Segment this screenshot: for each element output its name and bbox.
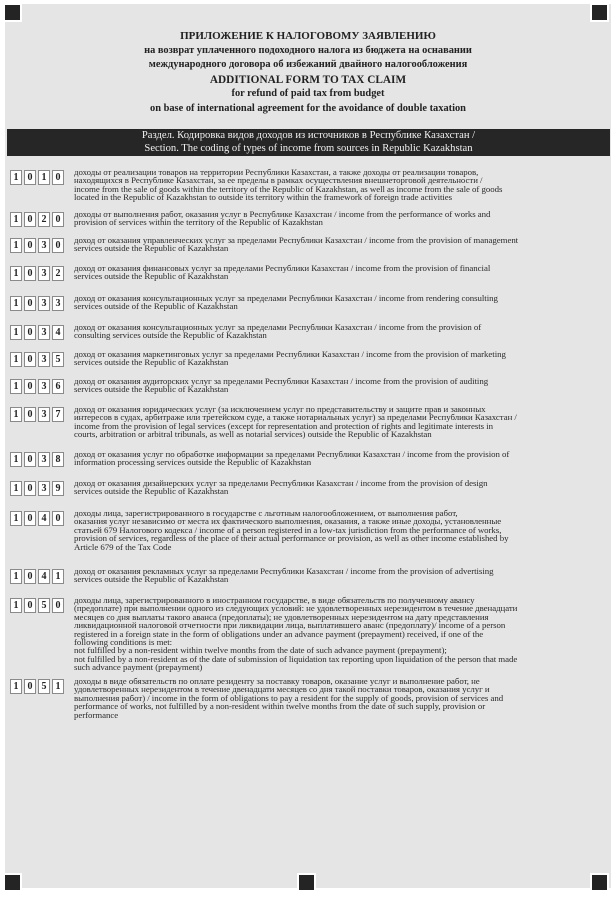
income-code-row: 1 0 2 0 доходы от выполнения работ, оказ…: [10, 210, 610, 227]
code-digit-box[interactable]: 3: [38, 379, 50, 394]
code-boxes: 1 0 3 9: [10, 481, 74, 496]
code-digit-box[interactable]: 4: [52, 325, 64, 340]
code-boxes: 1 0 3 2: [10, 266, 74, 281]
code-digit-box[interactable]: 0: [52, 598, 64, 613]
income-description: доход от оказания консультационных услуг…: [74, 294, 610, 311]
code-digit-box[interactable]: 1: [10, 266, 22, 281]
code-boxes: 1 0 3 5: [10, 352, 74, 367]
code-digit-box[interactable]: 4: [38, 569, 50, 584]
income-description: доход от оказания дизайнерских услуг за …: [74, 479, 610, 496]
income-description: доход от оказания аудиторских услуг за п…: [74, 377, 610, 394]
code-digit-box[interactable]: 0: [52, 170, 64, 185]
code-boxes: 1 0 2 0: [10, 212, 74, 227]
code-boxes: 1 0 3 0: [10, 238, 74, 253]
code-boxes: 1 0 4 0: [10, 511, 74, 526]
code-digit-box[interactable]: 0: [24, 212, 36, 227]
code-digit-box[interactable]: 1: [10, 379, 22, 394]
code-digit-box[interactable]: 1: [10, 452, 22, 467]
code-digit-box[interactable]: 2: [52, 266, 64, 281]
code-digit-box[interactable]: 1: [10, 511, 22, 526]
code-digit-box[interactable]: 1: [10, 325, 22, 340]
income-description: доход от оказания маркетинговых услуг за…: [74, 350, 610, 367]
code-digit-box[interactable]: 0: [24, 379, 36, 394]
code-digit-box[interactable]: 3: [38, 266, 50, 281]
code-digit-box[interactable]: 7: [52, 407, 64, 422]
income-description: доходы лица, зарегистрированного в иност…: [74, 596, 610, 672]
income-code-row: 1 0 3 5 доход от оказания маркетинговых …: [10, 350, 610, 367]
code-digit-box[interactable]: 0: [52, 238, 64, 253]
code-digit-box[interactable]: 5: [38, 679, 50, 694]
income-description: доход от оказания услуг по обработке инф…: [74, 450, 610, 467]
document-header: ПРИЛОЖЕНИЕ К НАЛОГОВОМУ ЗАЯВЛЕНИЮ на воз…: [5, 29, 611, 117]
code-digit-box[interactable]: 0: [24, 481, 36, 496]
code-digit-box[interactable]: 0: [24, 569, 36, 584]
code-boxes: 1 0 3 4: [10, 325, 74, 340]
code-digit-box[interactable]: 3: [38, 352, 50, 367]
code-digit-box[interactable]: 1: [10, 170, 22, 185]
income-description: доход от оказания юридических услуг (за …: [74, 405, 610, 439]
code-digit-box[interactable]: 9: [52, 481, 64, 496]
code-boxes: 1 0 3 6: [10, 379, 74, 394]
income-code-row: 1 0 4 0 доходы лица, зарегистрированного…: [10, 509, 610, 551]
code-digit-box[interactable]: 1: [52, 569, 64, 584]
income-code-row: 1 0 3 9 доход от оказания дизайнерских у…: [10, 479, 610, 496]
code-digit-box[interactable]: 3: [52, 296, 64, 311]
code-digit-box[interactable]: 0: [24, 679, 36, 694]
income-code-row: 1 0 4 1 доход от оказания рекламных услу…: [10, 567, 610, 584]
code-digit-box[interactable]: 8: [52, 452, 64, 467]
code-boxes: 1 0 5 1: [10, 679, 74, 694]
code-digit-box[interactable]: 1: [10, 481, 22, 496]
income-description: доходы лица, зарегистрированного в госуд…: [74, 509, 610, 551]
income-code-row: 1 0 5 1 доходы в виде обязательств по оп…: [10, 677, 610, 719]
code-boxes: 1 0 3 3: [10, 296, 74, 311]
document-title-en: ADDITIONAL FORM TO TAX CLAIM: [5, 73, 611, 88]
income-code-row: 1 0 3 8 доход от оказания услуг по обраб…: [10, 450, 610, 467]
code-digit-box[interactable]: 1: [10, 598, 22, 613]
registration-mark-bottom-right: [590, 873, 609, 892]
code-digit-box[interactable]: 3: [38, 452, 50, 467]
code-boxes: 1 0 1 0: [10, 170, 74, 185]
income-code-row: 1 0 3 4 доход от оказания консультационн…: [10, 323, 610, 340]
income-description: доходы от выполнения работ, оказания усл…: [74, 210, 610, 227]
registration-mark-top-left: [3, 3, 22, 22]
code-digit-box[interactable]: 0: [52, 511, 64, 526]
code-boxes: 1 0 3 7: [10, 407, 74, 422]
document-title-ru: ПРИЛОЖЕНИЕ К НАЛОГОВОМУ ЗАЯВЛЕНИЮ: [5, 29, 611, 44]
code-digit-box[interactable]: 0: [24, 325, 36, 340]
code-digit-box[interactable]: 1: [38, 170, 50, 185]
income-description: доходы в виде обязательств по оплате рез…: [74, 677, 610, 719]
income-description: доходы от реализации товаров на территор…: [74, 168, 610, 202]
code-digit-box[interactable]: 3: [38, 407, 50, 422]
income-code-row: 1 0 3 3 доход от оказания консультационн…: [10, 294, 610, 311]
code-digit-box[interactable]: 6: [52, 379, 64, 394]
code-digit-box[interactable]: 3: [38, 481, 50, 496]
code-digit-box[interactable]: 2: [38, 212, 50, 227]
code-boxes: 1 0 3 8: [10, 452, 74, 467]
income-description: доход от оказания управленческих услуг з…: [74, 236, 610, 253]
document-subtitle-en-1: for refund of paid tax from budget: [5, 87, 611, 102]
code-digit-box[interactable]: 0: [24, 352, 36, 367]
section-title-ru: Раздел. Кодировка видов доходов из источ…: [7, 130, 610, 143]
code-digit-box[interactable]: 5: [52, 352, 64, 367]
section-banner: Раздел. Кодировка видов доходов из источ…: [7, 129, 610, 156]
document-subtitle-ru-2: международного договора об избежаний два…: [5, 58, 611, 73]
code-digit-box[interactable]: 0: [24, 170, 36, 185]
code-digit-box[interactable]: 0: [24, 598, 36, 613]
registration-mark-bottom-left: [3, 873, 22, 892]
code-digit-box[interactable]: 1: [10, 407, 22, 422]
code-digit-box[interactable]: 3: [38, 325, 50, 340]
income-code-row: 1 0 3 2 доход от оказания финансовых усл…: [10, 264, 610, 281]
document-subtitle-ru-1: на возврат уплаченного подоходного налог…: [5, 44, 611, 59]
code-digit-box[interactable]: 1: [10, 352, 22, 367]
code-digit-box[interactable]: 1: [10, 212, 22, 227]
registration-mark-bottom-center: [297, 873, 316, 892]
income-code-row: 1 0 3 7 доход от оказания юридических ус…: [10, 405, 610, 439]
income-description: доход от оказания рекламных услуг за пре…: [74, 567, 610, 584]
code-digit-box[interactable]: 4: [38, 511, 50, 526]
code-digit-box[interactable]: 3: [38, 238, 50, 253]
code-digit-box[interactable]: 1: [10, 296, 22, 311]
code-digit-box[interactable]: 0: [24, 511, 36, 526]
code-digit-box[interactable]: 0: [52, 212, 64, 227]
code-boxes: 1 0 4 1: [10, 569, 74, 584]
code-digit-box[interactable]: 0: [24, 238, 36, 253]
income-description: доход от оказания консультационных услуг…: [74, 323, 610, 340]
code-digit-box[interactable]: 0: [24, 266, 36, 281]
code-digit-box[interactable]: 1: [10, 679, 22, 694]
code-digit-box[interactable]: 1: [10, 569, 22, 584]
code-digit-box[interactable]: 0: [24, 296, 36, 311]
income-code-row: 1 0 5 0 доходы лица, зарегистрированного…: [10, 596, 610, 672]
section-title-en: Section. The coding of types of income f…: [7, 143, 610, 156]
code-digit-box[interactable]: 1: [10, 238, 22, 253]
code-digit-box[interactable]: 1: [52, 679, 64, 694]
registration-mark-top-right: [590, 3, 609, 22]
income-description: доход от оказания финансовых услуг за пр…: [74, 264, 610, 281]
code-digit-box[interactable]: 3: [38, 296, 50, 311]
code-digit-box[interactable]: 5: [38, 598, 50, 613]
income-code-row: 1 0 3 6 доход от оказания аудиторских ус…: [10, 377, 610, 394]
income-code-row: 1 0 1 0 доходы от реализации товаров на …: [10, 168, 610, 202]
code-boxes: 1 0 5 0: [10, 598, 74, 613]
document-subtitle-en-2: on base of international agreement for t…: [5, 102, 611, 117]
code-digit-box[interactable]: 0: [24, 452, 36, 467]
code-digit-box[interactable]: 0: [24, 407, 36, 422]
income-code-row: 1 0 3 0 доход от оказания управленческих…: [10, 236, 610, 253]
